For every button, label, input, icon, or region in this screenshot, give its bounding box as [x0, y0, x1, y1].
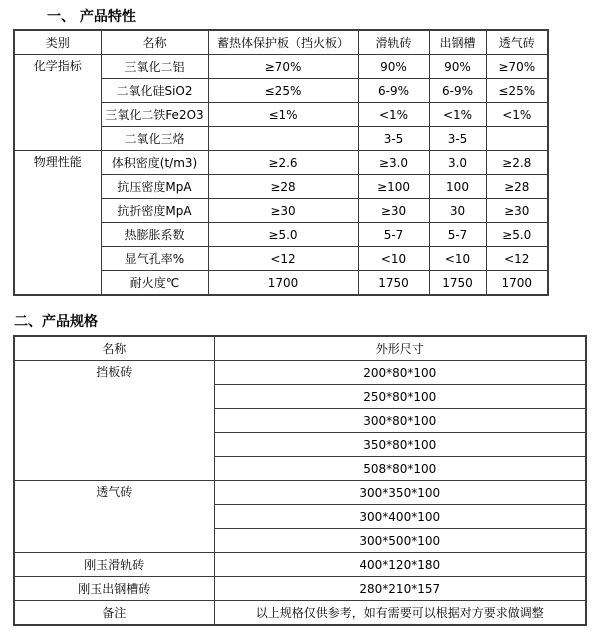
remark-text-cell: 以上规格仅供参考，如有需要可以根据对方要求做调整 — [214, 601, 586, 626]
size-cell: 508*80*100 — [214, 457, 586, 481]
cell-value: ≥5.0 — [486, 223, 548, 247]
table-header-row: 类别 名称 蓄热体保护板（挡火板） 滑轨砖 出钢槽 透气砖 — [14, 30, 548, 55]
cell-value: 5-7 — [429, 223, 486, 247]
size-cell: 200*80*100 — [214, 361, 586, 385]
table-row: 刚玉出钢槽砖 280*210*157 — [14, 577, 586, 601]
table-row: 刚玉滑轨砖 400*120*180 — [14, 553, 586, 577]
cell-value: ≥30 — [208, 199, 358, 223]
cell-value: 1700 — [486, 271, 548, 296]
row-name: 热膨胀系数 — [101, 223, 208, 247]
cell-value: ≥70% — [486, 55, 548, 79]
size-cell: 400*120*180 — [214, 553, 586, 577]
row-name: 三氧化二铁Fe2O3 — [101, 103, 208, 127]
cell-value: ≥100 — [358, 175, 429, 199]
cell-value: ≥3.0 — [358, 151, 429, 175]
section1-title: 一、 产品特性 — [47, 9, 594, 25]
size-cell: 300*500*100 — [214, 529, 586, 553]
cell-value: ≥70% — [208, 55, 358, 79]
header-cell-slide-brick: 滑轨砖 — [358, 30, 429, 55]
category-cell-physical: 物理性能 — [14, 151, 101, 296]
cell-value: ≥2.8 — [486, 151, 548, 175]
header-cell-vent-brick: 透气砖 — [486, 30, 548, 55]
size-cell: 350*80*100 — [214, 433, 586, 457]
header-cell-category: 类别 — [14, 30, 101, 55]
row-name: 显气孔率% — [101, 247, 208, 271]
product-name-cell: 刚玉滑轨砖 — [14, 553, 214, 577]
cell-value — [486, 127, 548, 151]
cell-value: ≤1% — [208, 103, 358, 127]
row-name: 抗折密度MpA — [101, 199, 208, 223]
product-specifications-table: 名称 外形尺寸 挡板砖 200*80*100 250*80*100 300*80… — [13, 335, 587, 626]
cell-value: 100 — [429, 175, 486, 199]
cell-value: 6-9% — [429, 79, 486, 103]
page: 一、 产品特性 类别 名称 蓄热体保护板（挡火板） 滑轨砖 出钢槽 透气砖 化学… — [0, 9, 594, 626]
row-name: 二氧化三烙 — [101, 127, 208, 151]
header-cell-dimensions: 外形尺寸 — [214, 336, 586, 361]
product-characteristics-table: 类别 名称 蓄热体保护板（挡火板） 滑轨砖 出钢槽 透气砖 化学指标 三氧化二铝… — [13, 29, 549, 296]
product-name-cell: 刚玉出钢槽砖 — [14, 577, 214, 601]
row-name: 三氧化二铝 — [101, 55, 208, 79]
table-row: 物理性能 体积密度(t/m3) ≥2.6 ≥3.0 3.0 ≥2.8 — [14, 151, 548, 175]
cell-value: 3.0 — [429, 151, 486, 175]
size-cell: 250*80*100 — [214, 385, 586, 409]
table-row: 化学指标 三氧化二铝 ≥70% 90% 90% ≥70% — [14, 55, 548, 79]
table-header-row: 名称 外形尺寸 — [14, 336, 586, 361]
cell-value: <10 — [429, 247, 486, 271]
header-cell-name: 名称 — [101, 30, 208, 55]
cell-value: 30 — [429, 199, 486, 223]
header-cell-name: 名称 — [14, 336, 214, 361]
cell-value: ≥5.0 — [208, 223, 358, 247]
header-cell-tap-chute: 出钢槽 — [429, 30, 486, 55]
cell-value: <10 — [358, 247, 429, 271]
size-cell: 280*210*157 — [214, 577, 586, 601]
size-cell: 300*80*100 — [214, 409, 586, 433]
cell-value: 90% — [358, 55, 429, 79]
cell-value: 1750 — [429, 271, 486, 296]
cell-value: <1% — [429, 103, 486, 127]
cell-value: 5-7 — [358, 223, 429, 247]
cell-value: 3-5 — [358, 127, 429, 151]
cell-value: 90% — [429, 55, 486, 79]
table-row: 备注 以上规格仅供参考，如有需要可以根据对方要求做调整 — [14, 601, 586, 626]
product-name-cell: 透气砖 — [14, 481, 214, 553]
cell-value — [208, 127, 358, 151]
section2-title: 二、产品规格 — [14, 314, 594, 330]
cell-value: ≥28 — [486, 175, 548, 199]
cell-value: <12 — [486, 247, 548, 271]
cell-value: 1750 — [358, 271, 429, 296]
cell-value: ≤25% — [208, 79, 358, 103]
cell-value: ≥2.6 — [208, 151, 358, 175]
cell-value: ≥28 — [208, 175, 358, 199]
cell-value: 6-9% — [358, 79, 429, 103]
row-name: 耐火度℃ — [101, 271, 208, 296]
cell-value: <12 — [208, 247, 358, 271]
row-name: 抗压密度MpA — [101, 175, 208, 199]
cell-value: 3-5 — [429, 127, 486, 151]
table-row: 透气砖 300*350*100 — [14, 481, 586, 505]
header-cell-protect-board: 蓄热体保护板（挡火板） — [208, 30, 358, 55]
row-name: 体积密度(t/m3) — [101, 151, 208, 175]
cell-value: <1% — [358, 103, 429, 127]
size-cell: 300*400*100 — [214, 505, 586, 529]
size-cell: 300*350*100 — [214, 481, 586, 505]
cell-value: ≥30 — [486, 199, 548, 223]
remark-label-cell: 备注 — [14, 601, 214, 626]
cell-value: ≥30 — [358, 199, 429, 223]
cell-value: ≤25% — [486, 79, 548, 103]
row-name: 二氧化硅SiO2 — [101, 79, 208, 103]
category-cell-chemical: 化学指标 — [14, 55, 101, 151]
cell-value: <1% — [486, 103, 548, 127]
cell-value: 1700 — [208, 271, 358, 296]
product-name-cell: 挡板砖 — [14, 361, 214, 481]
table-row: 挡板砖 200*80*100 — [14, 361, 586, 385]
